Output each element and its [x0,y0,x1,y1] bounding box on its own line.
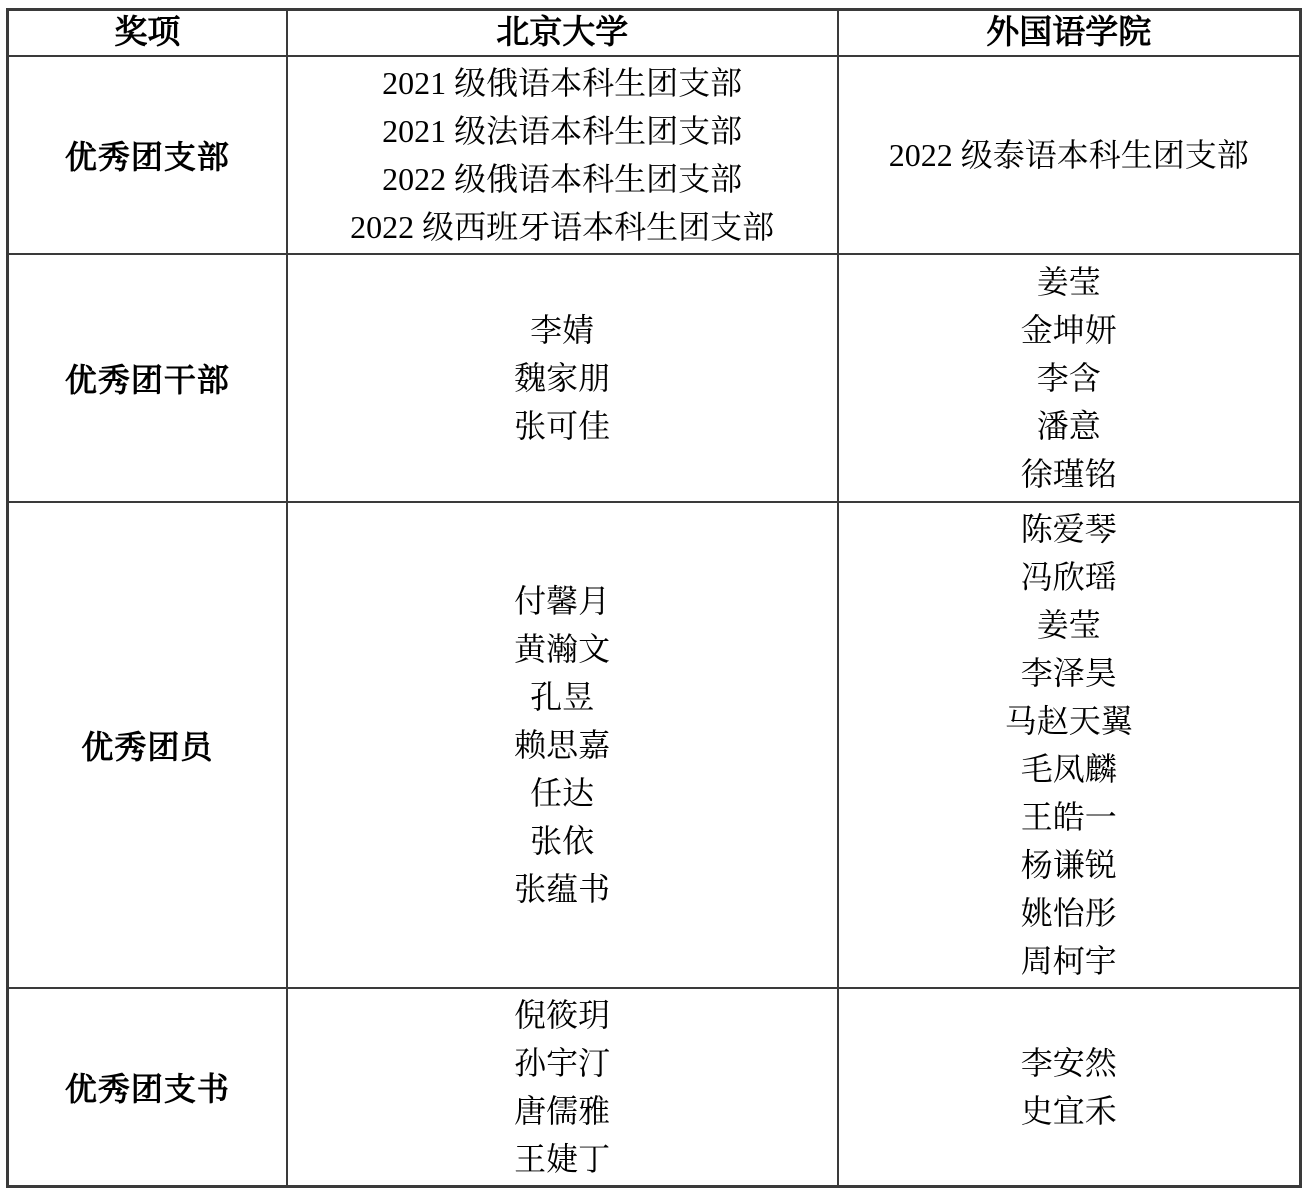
entry-line: 徐瑾铭 [843,450,1295,498]
table-row: 优秀团员付馨月黄瀚文孔昱赖思嘉任达张依张蕴书陈爱琴冯欣瑶姜莹李泽昊马赵天翼毛凤麟… [8,502,1301,988]
entry-line: 陈爱琴 [843,505,1295,553]
awards-table: 奖项 北京大学 外国语学院 优秀团支部2021 级俄语本科生团支部2021 级法… [6,8,1302,1188]
sfl-cell: 姜莹金坤妍李含潘意徐瑾铭 [838,254,1301,502]
entry-line: 毛凤麟 [843,745,1295,793]
col-header-pku: 北京大学 [287,10,838,57]
col-header-award: 奖项 [8,10,287,57]
entry-line: 马赵天翼 [843,697,1295,745]
entry-line: 任达 [292,769,833,817]
entry-line: 姚怡彤 [843,889,1295,937]
entry-line: 杨谦锐 [843,841,1295,889]
pku-cell: 付馨月黄瀚文孔昱赖思嘉任达张依张蕴书 [287,502,838,988]
entry-line: 周柯宇 [843,937,1295,985]
entry-line: 2021 级俄语本科生团支部 [292,59,833,107]
entry-line: 2022 级泰语本科生团支部 [843,131,1295,179]
sfl-cell: 李安然史宜禾 [838,988,1301,1187]
entry-line: 潘意 [843,402,1295,450]
award-name: 优秀团支书 [8,988,287,1187]
entry-line: 金坤妍 [843,306,1295,354]
entry-line: 李婧 [292,306,833,354]
entry-line: 赖思嘉 [292,721,833,769]
entry-line: 冯欣瑶 [843,553,1295,601]
entry-line: 张可佳 [292,402,833,450]
award-name: 优秀团员 [8,502,287,988]
entry-line: 史宜禾 [843,1087,1295,1135]
entry-line: 姜莹 [843,258,1295,306]
entry-line: 李安然 [843,1039,1295,1087]
entry-line: 李泽昊 [843,649,1295,697]
sfl-cell: 陈爱琴冯欣瑶姜莹李泽昊马赵天翼毛凤麟王皓一杨谦锐姚怡彤周柯宇 [838,502,1301,988]
entry-line: 2022 级西班牙语本科生团支部 [292,203,833,251]
pku-cell: 倪筱玥孙宇汀唐儒雅王婕丁 [287,988,838,1187]
table-row: 优秀团支部2021 级俄语本科生团支部2021 级法语本科生团支部2022 级俄… [8,56,1301,254]
table-row: 优秀团干部李婧魏家朋张可佳姜莹金坤妍李含潘意徐瑾铭 [8,254,1301,502]
entry-line: 李含 [843,354,1295,402]
col-header-sfl: 外国语学院 [838,10,1301,57]
entry-line: 孔昱 [292,673,833,721]
entry-line: 王皓一 [843,793,1295,841]
entry-line: 倪筱玥 [292,991,833,1039]
entry-line: 张蕴书 [292,865,833,913]
entry-line: 唐儒雅 [292,1087,833,1135]
table-row: 优秀团支书倪筱玥孙宇汀唐儒雅王婕丁李安然史宜禾 [8,988,1301,1187]
entry-line: 王婕丁 [292,1135,833,1183]
header-row: 奖项 北京大学 外国语学院 [8,10,1301,57]
entry-line: 魏家朋 [292,354,833,402]
pku-cell: 2021 级俄语本科生团支部2021 级法语本科生团支部2022 级俄语本科生团… [287,56,838,254]
entry-line: 姜莹 [843,601,1295,649]
entry-line: 2021 级法语本科生团支部 [292,107,833,155]
entry-line: 黄瀚文 [292,625,833,673]
sfl-cell: 2022 级泰语本科生团支部 [838,56,1301,254]
award-name: 优秀团支部 [8,56,287,254]
entry-line: 2022 级俄语本科生团支部 [292,155,833,203]
awards-table-body: 优秀团支部2021 级俄语本科生团支部2021 级法语本科生团支部2022 级俄… [8,56,1301,1187]
award-name: 优秀团干部 [8,254,287,502]
entry-line: 孙宇汀 [292,1039,833,1087]
awards-table-header: 奖项 北京大学 外国语学院 [8,10,1301,57]
pku-cell: 李婧魏家朋张可佳 [287,254,838,502]
entry-line: 张依 [292,817,833,865]
entry-line: 付馨月 [292,577,833,625]
